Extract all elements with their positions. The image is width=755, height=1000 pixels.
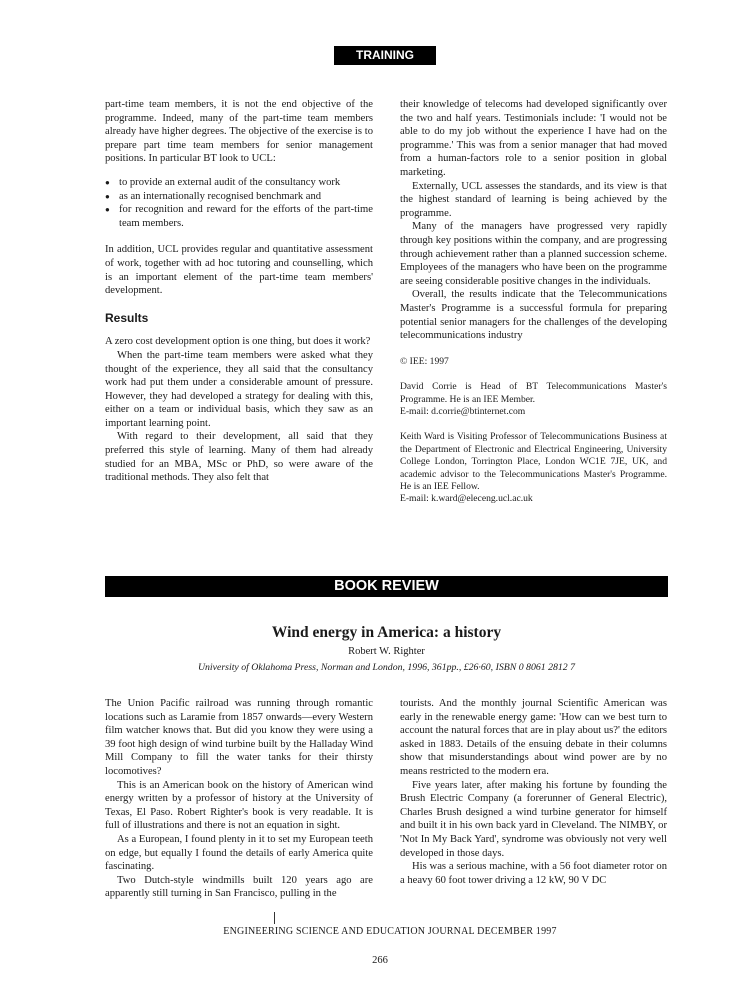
training-left-column: part-time team members, it is not the en… (105, 98, 373, 485)
paragraph: When the part-time team members were ask… (105, 349, 373, 431)
paragraph: His was a serious machine, with a 56 foo… (400, 860, 667, 887)
review-left-column: The Union Pacific railroad was running t… (105, 697, 373, 901)
section-banner-book-review: BOOK REVIEW (105, 576, 668, 597)
book-publication-details: University of Oklahoma Press, Norman and… (105, 662, 668, 673)
author-bio: David Corrie is Head of BT Telecommunica… (400, 381, 667, 406)
paragraph: This is an American book on the history … (105, 779, 373, 833)
book-title: Wind energy in America: a history (105, 624, 668, 642)
section-banner-training: TRAINING (334, 46, 436, 65)
bullet-item: as an internationally recognised benchma… (105, 190, 373, 204)
paragraph: With regard to their development, all sa… (105, 430, 373, 484)
journal-footer: ENGINEERING SCIENCE AND EDUCATION JOURNA… (180, 926, 600, 937)
author-bio: Keith Ward is Visiting Professor of Tele… (400, 431, 667, 493)
review-right-column: tourists. And the monthly journal Scient… (400, 697, 667, 887)
paragraph: Two Dutch-style windmills built 120 year… (105, 874, 373, 901)
training-right-column: their knowledge of telecoms had develope… (400, 98, 667, 506)
paragraph: As a European, I found plenty in it to s… (105, 833, 373, 874)
paragraph: In addition, UCL provides regular and qu… (105, 243, 373, 297)
paragraph: tourists. And the monthly journal Scient… (400, 697, 667, 779)
bullet-list: to provide an external audit of the cons… (105, 176, 373, 230)
results-heading: Results (105, 312, 373, 326)
book-author: Robert W. Righter (105, 646, 668, 657)
paragraph: part-time team members, it is not the en… (105, 98, 373, 166)
copyright-notice: © IEE: 1997 (400, 356, 667, 368)
author-email: E-mail: d.corrie@btinternet.com (400, 406, 667, 418)
bullet-item: for recognition and reward for the effor… (105, 203, 373, 230)
author-email: E-mail: k.ward@eleceng.ucl.ac.uk (400, 493, 667, 505)
paragraph: Many of the managers have progressed ver… (400, 220, 667, 288)
paragraph: Externally, UCL assesses the standards, … (400, 180, 667, 221)
bullet-item: to provide an external audit of the cons… (105, 176, 373, 190)
page-number: 266 (340, 955, 420, 966)
paragraph: A zero cost development option is one th… (105, 335, 373, 349)
paragraph: Overall, the results indicate that the T… (400, 288, 667, 342)
scan-artifact-mark (274, 912, 275, 924)
paragraph: Five years later, after making his fortu… (400, 779, 667, 861)
paragraph: their knowledge of telecoms had develope… (400, 98, 667, 180)
paragraph: The Union Pacific railroad was running t… (105, 697, 373, 779)
